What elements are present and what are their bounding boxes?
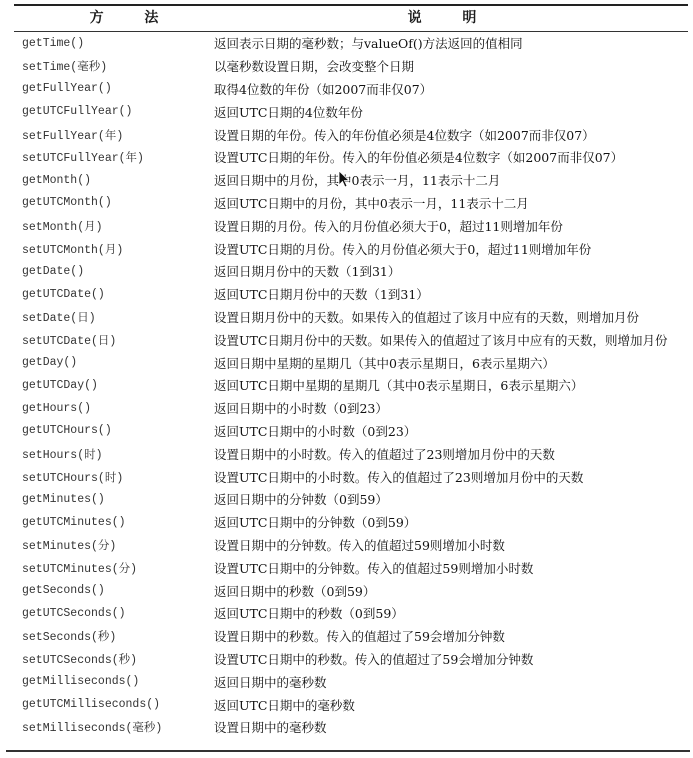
method-description: 返回日期中的毫秒数 (214, 670, 693, 693)
table-row: setUTCHours(时)设置UTC日期中的小时数。传入的值超过了23则增加月… (0, 465, 693, 488)
method-description: 设置日期中的分钟数。传入的值超过59则增加小时数 (214, 534, 693, 557)
method-name: setHours(时) (0, 442, 214, 465)
table-row: getUTCMinutes()返回UTC日期中的分钟数（0到59） (0, 511, 693, 534)
table-row: setDate(日)设置日期月份中的天数。如果传入的值超过了该月中应有的天数，则… (0, 306, 693, 329)
table-row: getMilliseconds()返回日期中的毫秒数 (0, 670, 693, 693)
method-description: 返回日期中的小时数（0到23） (214, 397, 693, 420)
method-name: getMilliseconds() (0, 670, 214, 693)
method-name: getUTCDate() (0, 283, 214, 306)
table-row: getUTCMilliseconds()返回UTC日期中的毫秒数 (0, 693, 693, 716)
method-description: 返回UTC日期中的毫秒数 (214, 693, 693, 716)
table-row: getUTCSeconds()返回UTC日期中的秒数（0到59） (0, 602, 693, 625)
method-description: 返回UTC日期中的分钟数（0到59） (214, 511, 693, 534)
method-description: 返回UTC日期中的秒数（0到59） (214, 602, 693, 625)
method-description: 返回日期中星期的星期几（其中0表示星期日，6表示星期六） (214, 351, 693, 374)
table-row: setUTCDate(日)设置UTC日期月份中的天数。如果传入的值超过了该月中应… (0, 328, 693, 351)
method-name: setTime(毫秒) (0, 55, 214, 78)
method-description: 设置UTC日期月份中的天数。如果传入的值超过了该月中应有的天数，则增加月份 (214, 328, 693, 351)
method-description: 设置日期的年份。传入的年份值必须是4位数字（如2007而非仅07） (214, 123, 693, 146)
method-name: getFullYear() (0, 78, 214, 101)
table-row: setTime(毫秒)以毫秒数设置日期，会改变整个日期 (0, 55, 693, 78)
mouse-pointer-icon (338, 170, 350, 188)
method-name: setUTCDate(日) (0, 328, 214, 351)
method-description: 返回UTC日期中的月份，其中0表示一月，11表示十二月 (214, 192, 693, 215)
method-name: getUTCMilliseconds() (0, 693, 214, 716)
method-description: 返回日期月份中的天数（1到31） (214, 260, 693, 283)
method-name: setDate(日) (0, 306, 214, 329)
method-description: 设置日期中的小时数。传入的值超过了23则增加月份中的天数 (214, 442, 693, 465)
table-row: getTime()返回表示日期的毫秒数；与valueOf()方法返回的值相同 (0, 32, 693, 55)
table-row: getHours()返回日期中的小时数（0到23） (0, 397, 693, 420)
method-name: setUTCHours(时) (0, 465, 214, 488)
method-name: getUTCMonth() (0, 192, 214, 215)
table-row: setUTCMinutes(分)设置UTC日期中的分钟数。传入的值超过59则增加… (0, 556, 693, 579)
method-name: getDate() (0, 260, 214, 283)
method-description: 返回UTC日期中星期的星期几（其中0表示星期日，6表示星期六） (214, 374, 693, 397)
table-row: getUTCFullYear()返回UTC日期的4位数年份 (0, 100, 693, 123)
table-row: setMinutes(分)设置日期中的分钟数。传入的值超过59则增加小时数 (0, 534, 693, 557)
table-row: setFullYear(年)设置日期的年份。传入的年份值必须是4位数字（如200… (0, 123, 693, 146)
table-row: getMinutes()返回日期中的分钟数（0到59） (0, 488, 693, 511)
method-name: getHours() (0, 397, 214, 420)
table-row: getUTCDate()返回UTC日期月份中的天数（1到31） (0, 283, 693, 306)
method-name: getUTCHours() (0, 420, 214, 443)
method-description: 以毫秒数设置日期，会改变整个日期 (214, 55, 693, 78)
method-description: 取得4位数的年份（如2007而非仅07） (214, 78, 693, 101)
method-name: getTime() (0, 32, 214, 55)
method-name: getSeconds() (0, 579, 214, 602)
method-description: 返回日期中的月份，其中0表示一月，11表示十二月 (214, 169, 693, 192)
header-description: 说 明 (214, 6, 688, 31)
table-row: getUTCMonth()返回UTC日期中的月份，其中0表示一月，11表示十二月 (0, 192, 693, 215)
method-name: getUTCDay() (0, 374, 214, 397)
table-row: getSeconds()返回日期中的秒数（0到59） (0, 579, 693, 602)
method-name: setUTCMonth(月) (0, 237, 214, 260)
table-row: getDate()返回日期月份中的天数（1到31） (0, 260, 693, 283)
method-name: setMilliseconds(毫秒) (0, 716, 214, 739)
method-name: getUTCMinutes() (0, 511, 214, 534)
header-method: 方 法 (58, 6, 208, 31)
method-name: setMinutes(分) (0, 534, 214, 557)
method-name: setFullYear(年) (0, 123, 214, 146)
method-description: 返回日期中的秒数（0到59） (214, 579, 693, 602)
table-row: setUTCFullYear(年)设置UTC日期的年份。传入的年份值必须是4位数… (0, 146, 693, 169)
table-row: setUTCMonth(月)设置UTC日期的月份。传入的月份值必须大于0，超过1… (0, 237, 693, 260)
method-description: 设置日期中的毫秒数 (214, 716, 693, 739)
table-row: getUTCDay()返回UTC日期中星期的星期几（其中0表示星期日，6表示星期… (0, 374, 693, 397)
table-row: setMilliseconds(毫秒)设置日期中的毫秒数 (0, 716, 693, 739)
method-description: 设置UTC日期中的小时数。传入的值超过了23则增加月份中的天数 (214, 465, 693, 488)
method-name: setUTCSeconds(秒) (0, 648, 214, 671)
method-name: getUTCFullYear() (0, 100, 214, 123)
method-description: 设置日期的月份。传入的月份值必须大于0，超过11则增加年份 (214, 214, 693, 237)
method-name: setUTCMinutes(分) (0, 556, 214, 579)
document-page: 方 法 说 明 getTime()返回表示日期的毫秒数；与valueOf()方法… (0, 0, 693, 758)
table-row: setHours(时)设置日期中的小时数。传入的值超过了23则增加月份中的天数 (0, 442, 693, 465)
method-name: getMinutes() (0, 488, 214, 511)
method-description: 返回表示日期的毫秒数；与valueOf()方法返回的值相同 (214, 32, 693, 55)
method-name: getMonth() (0, 169, 214, 192)
method-description: 设置UTC日期中的分钟数。传入的值超过59则增加小时数 (214, 556, 693, 579)
method-description: 返回UTC日期中的小时数（0到23） (214, 420, 693, 443)
table-row: setSeconds(秒)设置日期中的秒数。传入的值超过了59会增加分钟数 (0, 625, 693, 648)
table-row: getUTCHours()返回UTC日期中的小时数（0到23） (0, 420, 693, 443)
method-description: 设置UTC日期的年份。传入的年份值必须是4位数字（如2007而非仅07） (214, 146, 693, 169)
date-methods-table: getTime()返回表示日期的毫秒数；与valueOf()方法返回的值相同se… (0, 32, 693, 739)
method-description: 返回UTC日期月份中的天数（1到31） (214, 283, 693, 306)
table-bottom-rule (6, 750, 690, 752)
method-description: 设置UTC日期中的秒数。传入的值超过了59会增加分钟数 (214, 648, 693, 671)
method-description: 返回UTC日期的4位数年份 (214, 100, 693, 123)
method-name: setSeconds(秒) (0, 625, 214, 648)
method-name: setUTCFullYear(年) (0, 146, 214, 169)
table-body: getTime()返回表示日期的毫秒数；与valueOf()方法返回的值相同se… (0, 32, 693, 739)
method-name: getDay() (0, 351, 214, 374)
table-row: getFullYear()取得4位数的年份（如2007而非仅07） (0, 78, 693, 101)
method-name: getUTCSeconds() (0, 602, 214, 625)
table-row: setMonth(月)设置日期的月份。传入的月份值必须大于0，超过11则增加年份 (0, 214, 693, 237)
table-row: setUTCSeconds(秒)设置UTC日期中的秒数。传入的值超过了59会增加… (0, 648, 693, 671)
method-name: setMonth(月) (0, 214, 214, 237)
method-description: 返回日期中的分钟数（0到59） (214, 488, 693, 511)
method-description: 设置日期中的秒数。传入的值超过了59会增加分钟数 (214, 625, 693, 648)
table-row: getDay()返回日期中星期的星期几（其中0表示星期日，6表示星期六） (0, 351, 693, 374)
method-description: 设置日期月份中的天数。如果传入的值超过了该月中应有的天数，则增加月份 (214, 306, 693, 329)
method-description: 设置UTC日期的月份。传入的月份值必须大于0，超过11则增加年份 (214, 237, 693, 260)
